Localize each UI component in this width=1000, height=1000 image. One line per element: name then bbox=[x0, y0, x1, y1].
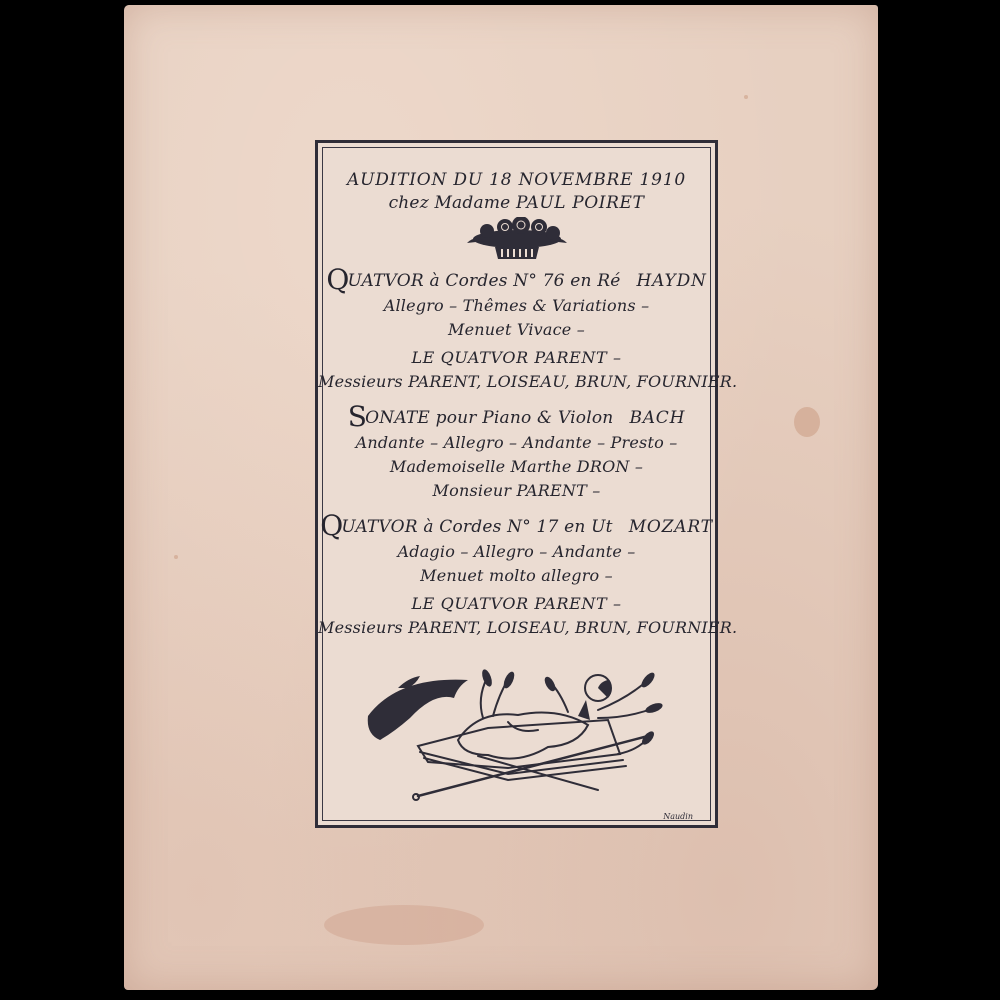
performers-line: Monsieur PARENT – bbox=[318, 479, 715, 503]
event-title: AUDITION DU 18 NOVEMBRE 1910 bbox=[318, 169, 715, 192]
movements-line: Menuet molto allegro – bbox=[318, 564, 715, 588]
work-title: UATVOR à Cordes N° 76 en Ré bbox=[347, 271, 620, 291]
program-item-mozart: QUATVOR à Cordes N° 17 en UtMOZART Adagi… bbox=[318, 513, 715, 640]
performers-line: LE QUATVOR PARENT – bbox=[318, 592, 715, 616]
event-host: chez Madame PAUL POIRET bbox=[318, 192, 715, 215]
performers-line: LE QUATVOR PARENT – bbox=[318, 346, 715, 370]
drop-cap: Q bbox=[320, 509, 343, 542]
work-heading: QUATVOR à Cordes N° 76 en RéHAYDN bbox=[318, 267, 715, 294]
composer-name: BACH bbox=[629, 408, 685, 428]
work-heading: SONATE pour Piano & ViolonBACH bbox=[318, 404, 715, 431]
foxing-stain bbox=[324, 905, 484, 945]
work-title: ONATE pour Piano & Violon bbox=[365, 408, 613, 428]
movements-line: Adagio – Allegro – Andante – bbox=[318, 540, 715, 564]
movements-line: Andante – Allegro – Andante – Presto – bbox=[318, 431, 715, 455]
performers-line: Messieurs PARENT, LOISEAU, BRUN, FOURNIE… bbox=[318, 370, 715, 394]
movements-line: Allegro – Thêmes & Variations – bbox=[318, 294, 715, 318]
program-item-bach: SONATE pour Piano & ViolonBACH Andante –… bbox=[318, 404, 715, 503]
program-item-haydn: QUATVOR à Cordes N° 76 en RéHAYDN Allegr… bbox=[318, 267, 715, 394]
work-title: UATVOR à Cordes N° 17 en Ut bbox=[341, 517, 612, 537]
work-heading: QUATVOR à Cordes N° 17 en UtMOZART bbox=[318, 513, 715, 540]
host-name: PAUL POIRET bbox=[516, 193, 644, 213]
foxing-stain bbox=[794, 407, 820, 437]
performers-line: Mademoiselle Marthe DRON – bbox=[318, 455, 715, 479]
composer-name: HAYDN bbox=[637, 271, 707, 291]
violin-quill-vignette-icon bbox=[358, 658, 678, 803]
foxing-stain bbox=[744, 95, 748, 99]
movements-line: Menuet Vivace – bbox=[318, 318, 715, 342]
performers-line: Messieurs PARENT, LOISEAU, BRUN, FOURNIE… bbox=[318, 616, 715, 640]
artist-signature: Naudin bbox=[663, 812, 693, 821]
program-content: AUDITION DU 18 NOVEMBRE 1910 chez Madame… bbox=[318, 169, 715, 640]
flower-basket-icon bbox=[457, 217, 577, 261]
drop-cap: Q bbox=[326, 263, 349, 296]
host-prefix: chez Madame bbox=[389, 193, 511, 213]
foxing-stain bbox=[174, 555, 178, 559]
program-frame: AUDITION DU 18 NOVEMBRE 1910 chez Madame… bbox=[315, 140, 718, 828]
composer-name: MOZART bbox=[629, 517, 713, 537]
